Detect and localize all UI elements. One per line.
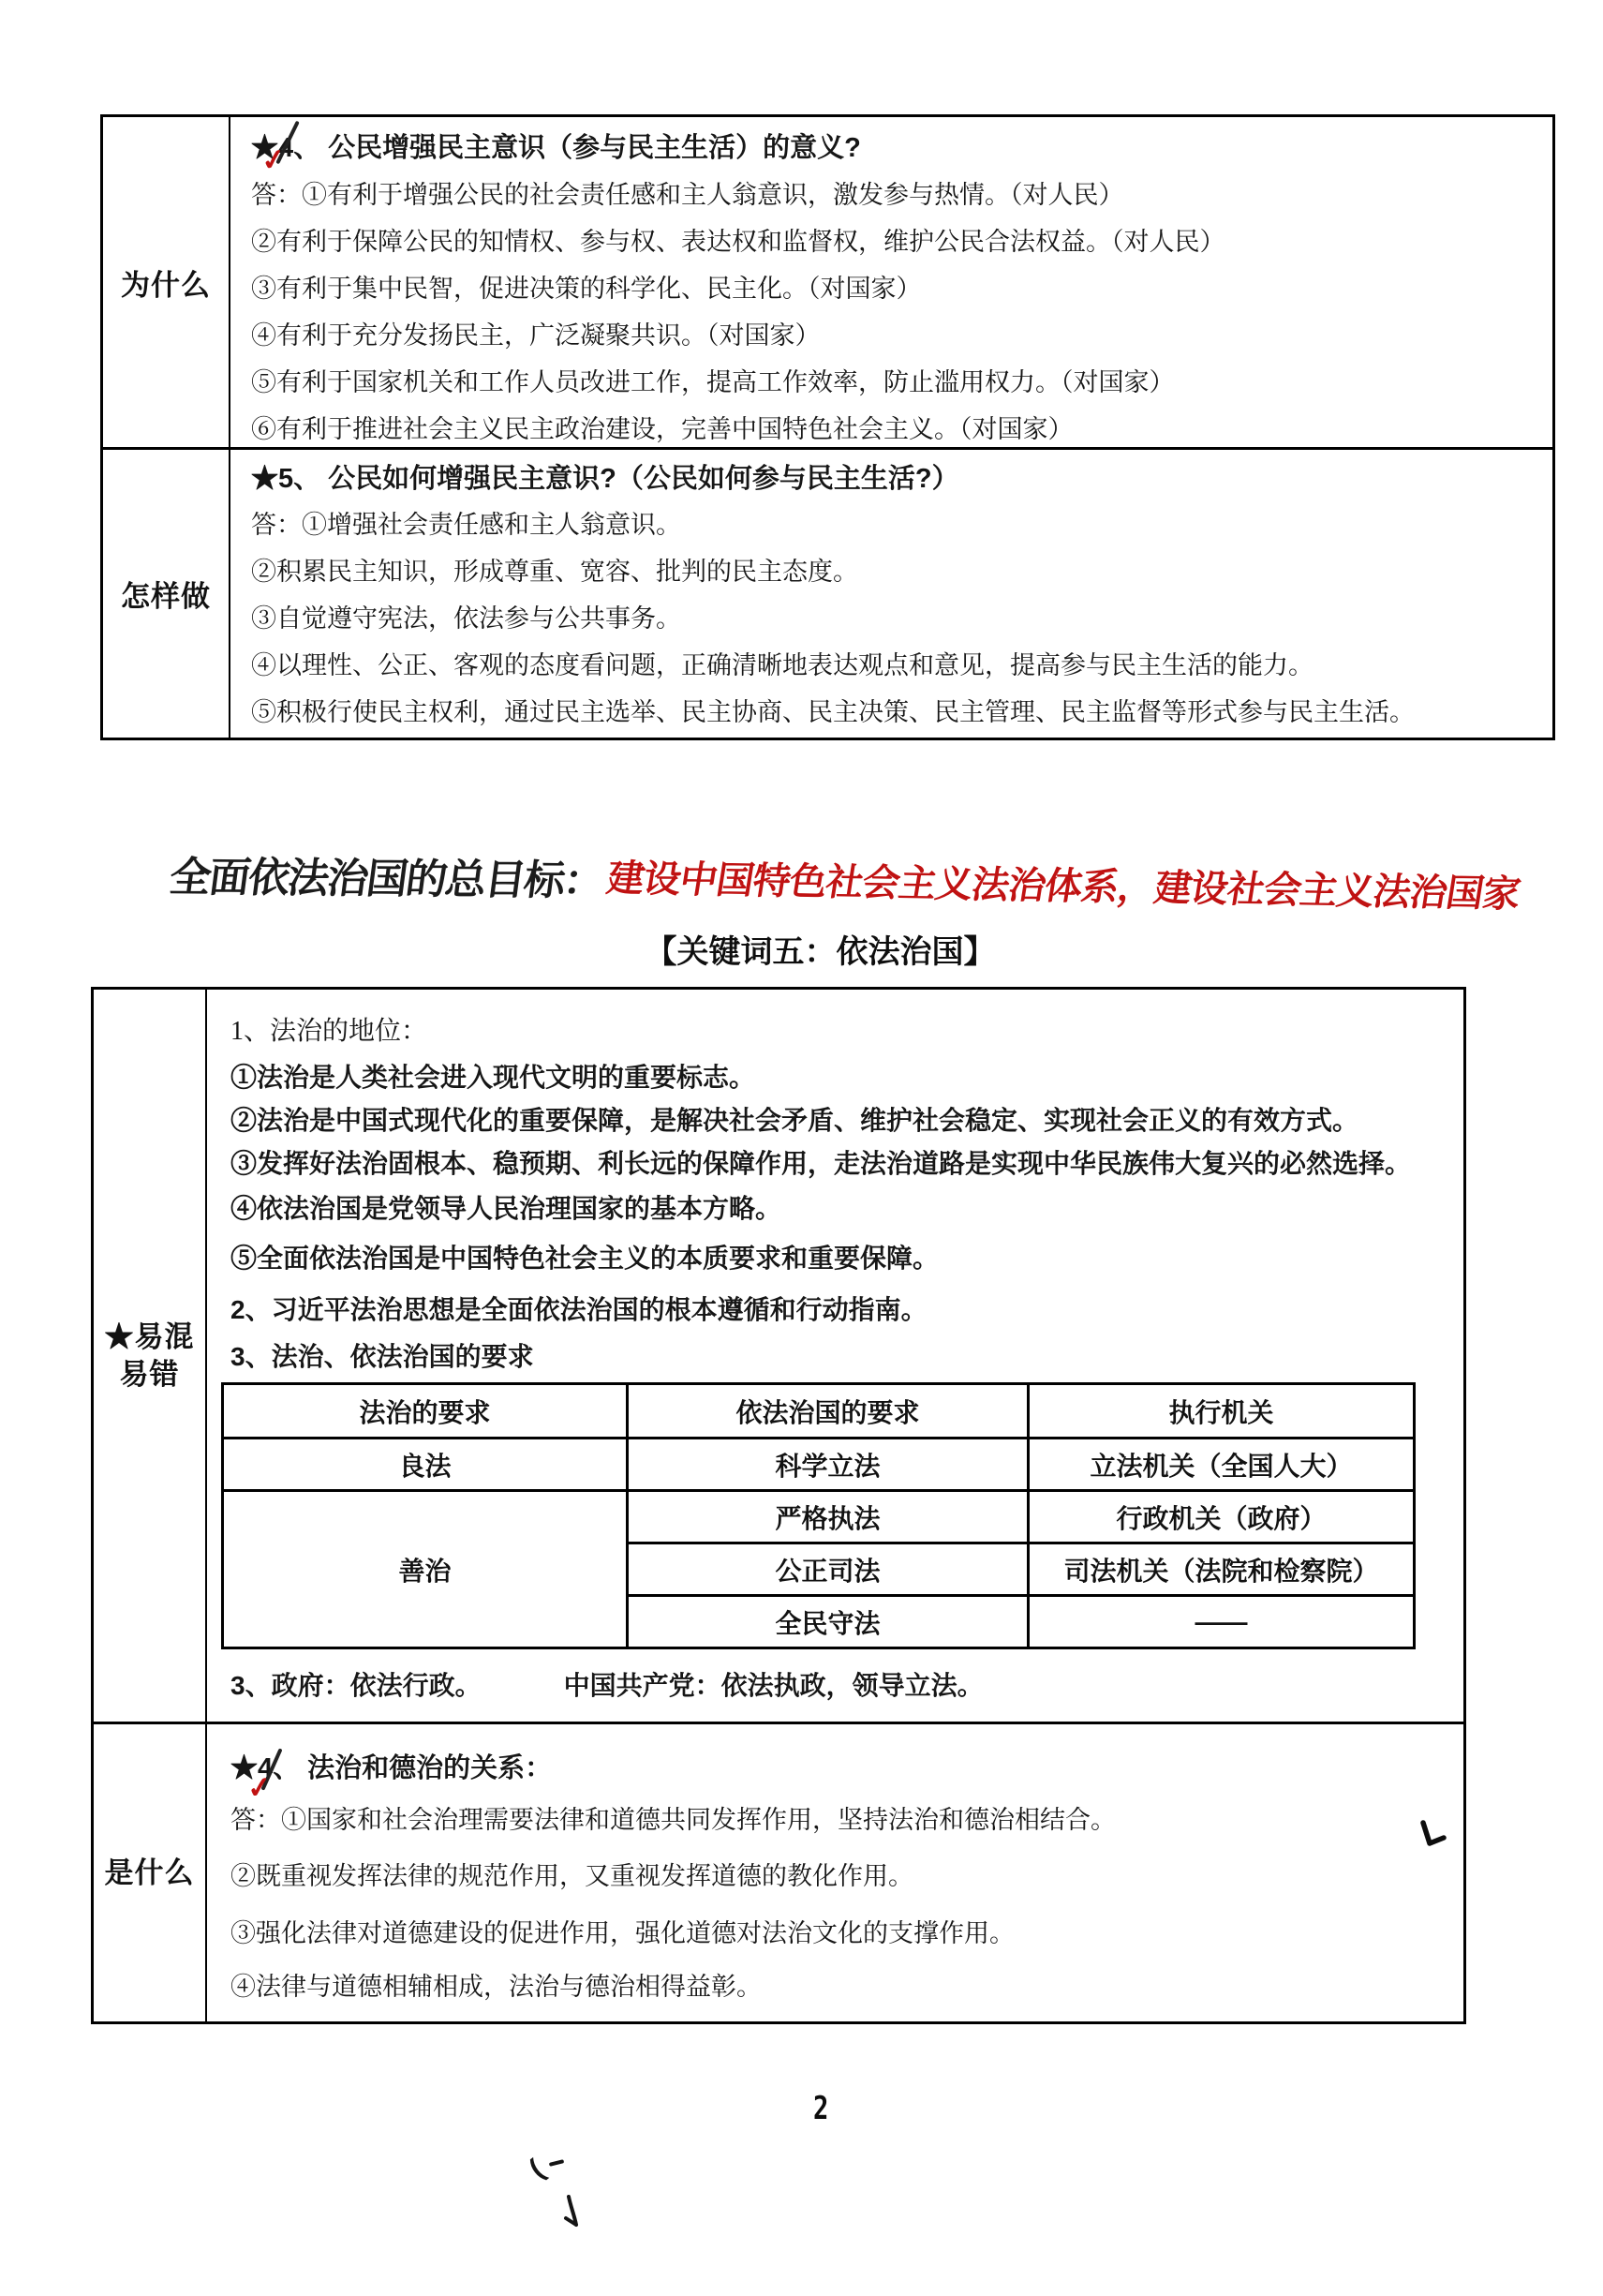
note-line: ②法治是中国式现代化的重要保障，是解决社会矛盾、维护社会稳定、实现社会正义的有效… <box>207 1097 1463 1141</box>
header-cell: 执行机关 <box>1029 1384 1415 1439</box>
cursor-pen-mark-icon <box>1417 1820 1448 1850</box>
squiggle-pen-mark-icon <box>524 2154 551 2185</box>
row-label-how: 怎样做 <box>103 450 230 738</box>
question-title: ★4、 公民增强民主意识（参与民主生活）的意义? <box>251 117 1541 169</box>
note-line: ④依法治国是党领导人民治理国家的基本方略。 <box>207 1184 1463 1230</box>
answer-line: ⑤有利于国家机关和工作人员改进工作，提高工作效率，防止滥用权力。（对国家） <box>251 356 1541 403</box>
handwritten-red-text: 建设中国特色社会主义法治体系，建设社会主义法治国家 <box>603 849 1524 918</box>
answer-line: ⑤积极行使民主权利，通过民主选举、民主协商、民主决策、民主管理、民主监督等形式参… <box>251 686 1541 733</box>
cell: 科学立法 <box>628 1439 1029 1491</box>
answer-line: ②既重视发挥法律的规范作用，又重视发挥道德的教化作用。 <box>207 1844 1463 1902</box>
answer-line: ③有利于集中民智，促进决策的科学化、民主化。（对国家） <box>251 262 1541 309</box>
row-label-what: 是什么 <box>94 1724 207 2021</box>
table-row-what: 是什么 ★4、 法治和德治的关系： 答：①国家和社会治理需要法律和道德共同发挥作… <box>94 1724 1463 2021</box>
note-line: 1、法治的地位： <box>207 1005 1463 1053</box>
section-header-keyword-five: 【关键词五：依法治国】 <box>37 926 1603 972</box>
row-content-what: ★4、 法治和德治的关系： 答：①国家和社会治理需要法律和道德共同发挥作用，坚持… <box>207 1724 1463 2021</box>
header-cell: 法治的要求 <box>223 1384 628 1439</box>
answer-line: ③自觉遵守宪法，依法参与公共事务。 <box>251 592 1541 639</box>
cell-dash: —— <box>1029 1596 1415 1648</box>
page-number: 2 <box>813 2090 828 2127</box>
cell: 立法机关（全国人大） <box>1029 1439 1415 1491</box>
answer-line: 答：①有利于增强公民的社会责任感和主人翁意识，激发参与热情。（对人民） <box>251 169 1541 216</box>
cell: 行政机关（政府） <box>1029 1491 1415 1543</box>
row-content-why: ★4、 公民增强民主意识（参与民主生活）的意义? 答：①有利于增强公民的社会责任… <box>230 117 1552 447</box>
cell: 司法机关（法院和检察院） <box>1029 1543 1415 1596</box>
table-row-how: 怎样做 ★5、 公民如何增强民主意识?（公民如何参与民主生活?） 答：①增强社会… <box>103 450 1552 738</box>
answer-line: ④有利于充分发扬民主，广泛凝聚共识。（对国家） <box>251 309 1541 356</box>
question-title: ★5、 公民如何增强民主意识?（公民如何参与民主生活?） <box>251 450 1541 499</box>
table-row-why: 为什么 ★4、 公民增强民主意识（参与民主生活）的意义? 答：①有利于增强公民的… <box>103 117 1552 450</box>
note-line: ①法治是人类社会进入现代文明的重要标志。 <box>207 1053 1463 1097</box>
dash-pen-mark-icon <box>549 2159 564 2167</box>
answer-line: ③强化法律对道德建设的促进作用，强化道德对法治文化的支撑作用。 <box>207 1902 1463 1959</box>
row-content-how: ★5、 公民如何增强民主意识?（公民如何参与民主生活?） 答：①增强社会责任感和… <box>230 450 1552 738</box>
cell: 严格执法 <box>628 1491 1029 1543</box>
note-line: 3、法治、依法治国的要求 <box>207 1334 1463 1377</box>
requirements-header-row: 法治的要求 依法治国的要求 执行机关 <box>223 1384 1415 1439</box>
red-check-icon <box>245 1772 273 1804</box>
cell-good-law: 良法 <box>223 1439 628 1491</box>
row-content-confusables: 1、法治的地位： ①法治是人类社会进入现代文明的重要标志。 ②法治是中国式现代化… <box>207 990 1463 1722</box>
row-label-line2: 易错 <box>120 1356 180 1394</box>
government-note: 3、政府：依法行政。 <box>230 1665 482 1703</box>
question-title: ★4、 法治和德治的关系： <box>207 1741 1463 1790</box>
answer-line: 答：①增强社会责任感和主人翁意识。 <box>251 499 1541 545</box>
header-cell: 依法治国的要求 <box>628 1384 1029 1439</box>
row-label-line1: ★易混 <box>105 1319 195 1356</box>
table-rule-of-law: ★易混 易错 1、法治的地位： ①法治是人类社会进入现代文明的重要标志。 ②法治… <box>91 987 1466 2024</box>
requirements-table: 法治的要求 依法治国的要求 执行机关 良法 科学立法 立法机关（全国人大） 善治… <box>221 1382 1416 1649</box>
row-label-confusables: ★易混 易错 <box>94 990 207 1722</box>
note-line: ⑤全面依法治国是中国特色社会主义的本质要求和重要保障。 <box>207 1230 1463 1283</box>
scanned-study-notes-page: 为什么 ★4、 公民增强民主意识（参与民主生活）的意义? 答：①有利于增强公民的… <box>0 0 1603 2296</box>
answer-line: ②积累民主知识，形成尊重、宽容、批判的民主态度。 <box>251 545 1541 592</box>
table-democratic-awareness: 为什么 ★4、 公民增强民主意识（参与民主生活）的意义? 答：①有利于增强公民的… <box>100 114 1555 740</box>
row-label-why: 为什么 <box>103 117 230 447</box>
party-note: 中国共产党：依法执政，领导立法。 <box>564 1665 984 1703</box>
answer-line: 答：①国家和社会治理需要法律和道德共同发挥作用，坚持法治和德治相结合。 <box>207 1790 1463 1844</box>
red-check-icon <box>260 143 288 175</box>
table-row: 良法 科学立法 立法机关（全国人大） <box>223 1439 1415 1491</box>
handwritten-annotation: 全面依法治国的总目标：建设中国特色社会主义法治体系，建设社会主义法治国家 <box>171 843 1521 916</box>
flick-pen-mark-icon <box>560 2195 586 2230</box>
government-party-line: 3、政府：依法行政。 中国共产党：依法执政，领导立法。 <box>207 1661 1463 1707</box>
cell-good-governance: 善治 <box>223 1491 628 1648</box>
cell: 公正司法 <box>628 1543 1029 1596</box>
table-row: 善治 严格执法 行政机关（政府） <box>223 1491 1415 1543</box>
note-line: 2、习近平法治思想是全面依法治国的根本遵循和行动指南。 <box>207 1283 1463 1334</box>
answer-line: ④以理性、公正、客观的态度看问题，正确清晰地表达观点和意见，提高参与民主生活的能… <box>251 639 1541 686</box>
cell: 全民守法 <box>628 1596 1029 1648</box>
handwritten-black-text: 全面依法治国的总目标： <box>167 843 607 907</box>
table-row-confusables: ★易混 易错 1、法治的地位： ①法治是人类社会进入现代文明的重要标志。 ②法治… <box>94 990 1463 1724</box>
answer-line: ②有利于保障公民的知情权、参与权、表达权和监督权，维护公民合法权益。（对人民） <box>251 216 1541 262</box>
note-line: ③发挥好法治固根本、稳预期、利长远的保障作用，走法治道路是实现中华民族伟大复兴的… <box>207 1141 1463 1184</box>
answer-line: ④法律与道德相辅相成，法治与德治相得益彰。 <box>207 1959 1463 2009</box>
answer-line: ⑥有利于推进社会主义民主政治建设，完善中国特色社会主义。（对国家） <box>251 403 1541 450</box>
